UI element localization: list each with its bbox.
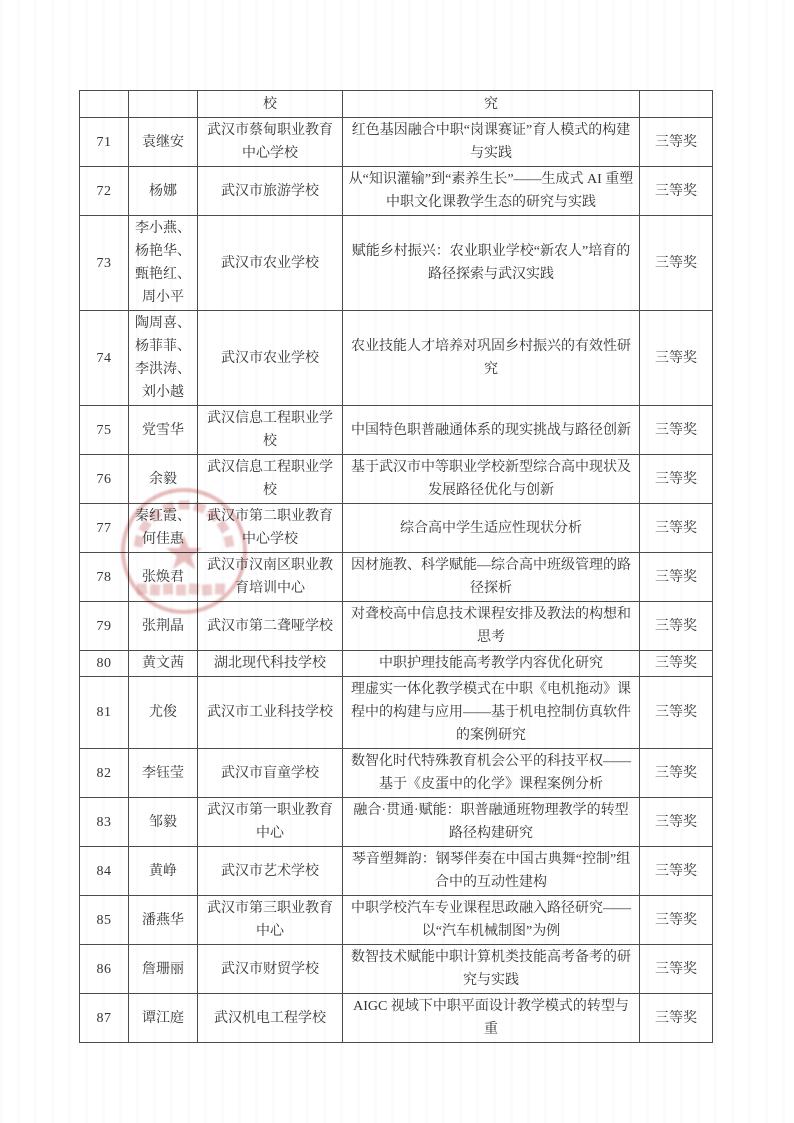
table-row: 78 张焕君 武汉市汉南区职业教育培训中心 因材施教、科学赋能—综合高中班级管理… xyxy=(80,553,713,602)
project-title-cell: 融合·贯通·赋能：职普融通班物理教学的转型路径构建研究 xyxy=(343,798,640,847)
row-number-cell: 75 xyxy=(80,406,129,455)
name-cell: 袁继安 xyxy=(129,118,198,167)
header-cell-empty xyxy=(129,91,198,118)
row-number-cell: 87 xyxy=(80,994,129,1043)
row-number-cell: 76 xyxy=(80,455,129,504)
school-cell: 武汉市艺术学校 xyxy=(198,847,343,896)
award-cell: 三等奖 xyxy=(640,798,713,847)
table-row: 81 尤俊 武汉市工业科技学校 理虚实一体化教学模式在中职《电机拖动》课程中的构… xyxy=(80,677,713,749)
table-row: 87 谭江庭 武汉机电工程学校 AIGC 视域下中职平面设计教学模式的转型与重 … xyxy=(80,994,713,1043)
row-number-cell: 85 xyxy=(80,896,129,945)
name-cell: 詹珊丽 xyxy=(129,945,198,994)
school-cell: 武汉信息工程职业学校 xyxy=(198,406,343,455)
project-title-cell: 对聋校高中信息技术课程安排及教法的构想和思考 xyxy=(343,602,640,651)
name-cell: 秦红霞、何佳惠 xyxy=(129,504,198,553)
school-cell: 武汉市蔡甸职业教育中心学校 xyxy=(198,118,343,167)
table-row: 75 党雪华 武汉信息工程职业学校 中国特色职普融通体系的现实挑战与路径创新 三… xyxy=(80,406,713,455)
school-cell: 武汉市工业科技学校 xyxy=(198,677,343,749)
header-cell-empty xyxy=(640,91,713,118)
table-row: 83 邹毅 武汉市第一职业教育中心 融合·贯通·赋能：职普融通班物理教学的转型路… xyxy=(80,798,713,847)
award-cell: 三等奖 xyxy=(640,994,713,1043)
table-row: 73 李小燕、杨艳华、甄艳红、周小平 武汉市农业学校 赋能乡村振兴：农业职业学校… xyxy=(80,216,713,311)
project-title-cell: 中国特色职普融通体系的现实挑战与路径创新 xyxy=(343,406,640,455)
school-cell: 武汉市农业学校 xyxy=(198,311,343,406)
project-title-cell: 农业技能人才培养对巩固乡村振兴的有效性研究 xyxy=(343,311,640,406)
table-row: 84 黄峥 武汉市艺术学校 琴音塑舞韵：钢琴伴奏在中国古典舞“控制”组合中的互动… xyxy=(80,847,713,896)
project-title-cell: AIGC 视域下中职平面设计教学模式的转型与重 xyxy=(343,994,640,1043)
project-title-cell: 从“知识灌输”到“素养生长”——生成式 AI 重塑中职文化课教学生态的研究与实践 xyxy=(343,167,640,216)
school-cell: 武汉市财贸学校 xyxy=(198,945,343,994)
row-number-cell: 79 xyxy=(80,602,129,651)
row-number-cell: 82 xyxy=(80,749,129,798)
table-row: 80 黄文茜 湖北现代科技学校 中职护理技能高考教学内容优化研究 三等奖 xyxy=(80,651,713,677)
project-title-cell: 数智技术赋能中职计算机类技能高考备考的研究与实践 xyxy=(343,945,640,994)
row-number-cell: 71 xyxy=(80,118,129,167)
school-cell: 武汉信息工程职业学校 xyxy=(198,455,343,504)
award-cell: 三等奖 xyxy=(640,945,713,994)
school-cell: 武汉市农业学校 xyxy=(198,216,343,311)
header-cell-empty xyxy=(80,91,129,118)
project-title-cell: 数智化时代特殊教育机会公平的科技平权——基于《皮蛋中的化学》课程案例分析 xyxy=(343,749,640,798)
name-cell: 陶周喜、杨菲菲、李洪涛、刘小越 xyxy=(129,311,198,406)
name-cell: 潘燕华 xyxy=(129,896,198,945)
award-cell: 三等奖 xyxy=(640,311,713,406)
project-title-cell: 中职护理技能高考教学内容优化研究 xyxy=(343,651,640,677)
table-header-row: 校 究 xyxy=(80,91,713,118)
award-cell: 三等奖 xyxy=(640,118,713,167)
award-cell: 三等奖 xyxy=(640,553,713,602)
project-title-cell: 因材施教、科学赋能—综合高中班级管理的路径探析 xyxy=(343,553,640,602)
award-cell: 三等奖 xyxy=(640,896,713,945)
name-cell: 黄文茜 xyxy=(129,651,198,677)
school-cell: 武汉机电工程学校 xyxy=(198,994,343,1043)
name-cell: 张荆晶 xyxy=(129,602,198,651)
row-number-cell: 81 xyxy=(80,677,129,749)
award-cell: 三等奖 xyxy=(640,749,713,798)
name-cell: 余毅 xyxy=(129,455,198,504)
name-cell: 谭江庭 xyxy=(129,994,198,1043)
project-title-cell: 综合高中学生适应性现状分析 xyxy=(343,504,640,553)
table-row: 76 余毅 武汉信息工程职业学校 基于武汉市中等职业学校新型综合高中现状及发展路… xyxy=(80,455,713,504)
award-cell: 三等奖 xyxy=(640,216,713,311)
school-cell: 湖北现代科技学校 xyxy=(198,651,343,677)
award-cell: 三等奖 xyxy=(640,677,713,749)
name-cell: 李小燕、杨艳华、甄艳红、周小平 xyxy=(129,216,198,311)
header-school-fragment: 校 xyxy=(198,91,343,118)
award-cell: 三等奖 xyxy=(640,167,713,216)
school-cell: 武汉市旅游学校 xyxy=(198,167,343,216)
name-cell: 尤俊 xyxy=(129,677,198,749)
row-number-cell: 86 xyxy=(80,945,129,994)
name-cell: 党雪华 xyxy=(129,406,198,455)
project-title-cell: 红色基因融合中职“岗课赛证”育人模式的构建与实践 xyxy=(343,118,640,167)
table-row: 77 秦红霞、何佳惠 武汉市第二职业教育中心学校 综合高中学生适应性现状分析 三… xyxy=(80,504,713,553)
award-cell: 三等奖 xyxy=(640,504,713,553)
school-cell: 武汉市第三职业教育中心 xyxy=(198,896,343,945)
project-title-cell: 基于武汉市中等职业学校新型综合高中现状及发展路径优化与创新 xyxy=(343,455,640,504)
award-table: 校 究 71 袁继安 武汉市蔡甸职业教育中心学校 红色基因融合中职“岗课赛证”育… xyxy=(79,90,713,1043)
header-research-fragment: 究 xyxy=(343,91,640,118)
school-cell: 武汉市第一职业教育中心 xyxy=(198,798,343,847)
table-row: 74 陶周喜、杨菲菲、李洪涛、刘小越 武汉市农业学校 农业技能人才培养对巩固乡村… xyxy=(80,311,713,406)
award-cell: 三等奖 xyxy=(640,602,713,651)
row-number-cell: 73 xyxy=(80,216,129,311)
name-cell: 黄峥 xyxy=(129,847,198,896)
school-cell: 武汉市第二聋哑学校 xyxy=(198,602,343,651)
award-cell: 三等奖 xyxy=(640,455,713,504)
row-number-cell: 84 xyxy=(80,847,129,896)
row-number-cell: 78 xyxy=(80,553,129,602)
table-row: 82 李钰莹 武汉市盲童学校 数智化时代特殊教育机会公平的科技平权——基于《皮蛋… xyxy=(80,749,713,798)
award-cell: 三等奖 xyxy=(640,406,713,455)
table-row: 85 潘燕华 武汉市第三职业教育中心 中职学校汽车专业课程思政融入路径研究——以… xyxy=(80,896,713,945)
school-cell: 武汉市汉南区职业教育培训中心 xyxy=(198,553,343,602)
row-number-cell: 80 xyxy=(80,651,129,677)
name-cell: 邹毅 xyxy=(129,798,198,847)
project-title-cell: 理虚实一体化教学模式在中职《电机拖动》课程中的构建与应用——基于机电控制仿真软件… xyxy=(343,677,640,749)
award-cell: 三等奖 xyxy=(640,651,713,677)
name-cell: 杨娜 xyxy=(129,167,198,216)
table-row: 86 詹珊丽 武汉市财贸学校 数智技术赋能中职计算机类技能高考备考的研究与实践 … xyxy=(80,945,713,994)
table-row: 72 杨娜 武汉市旅游学校 从“知识灌输”到“素养生长”——生成式 AI 重塑中… xyxy=(80,167,713,216)
table-row: 79 张荆晶 武汉市第二聋哑学校 对聋校高中信息技术课程安排及教法的构想和思考 … xyxy=(80,602,713,651)
project-title-cell: 中职学校汽车专业课程思政融入路径研究——以“汽车机械制图”为例 xyxy=(343,896,640,945)
row-number-cell: 77 xyxy=(80,504,129,553)
row-number-cell: 74 xyxy=(80,311,129,406)
school-cell: 武汉市第二职业教育中心学校 xyxy=(198,504,343,553)
project-title-cell: 赋能乡村振兴：农业职业学校“新农人”培育的路径探索与武汉实践 xyxy=(343,216,640,311)
award-cell: 三等奖 xyxy=(640,847,713,896)
document-page: 校 究 71 袁继安 武汉市蔡甸职业教育中心学校 红色基因融合中职“岗课赛证”育… xyxy=(0,0,794,1123)
project-title-cell: 琴音塑舞韵：钢琴伴奏在中国古典舞“控制”组合中的互动性建构 xyxy=(343,847,640,896)
name-cell: 李钰莹 xyxy=(129,749,198,798)
name-cell: 张焕君 xyxy=(129,553,198,602)
row-number-cell: 72 xyxy=(80,167,129,216)
table-row: 71 袁继安 武汉市蔡甸职业教育中心学校 红色基因融合中职“岗课赛证”育人模式的… xyxy=(80,118,713,167)
row-number-cell: 83 xyxy=(80,798,129,847)
school-cell: 武汉市盲童学校 xyxy=(198,749,343,798)
